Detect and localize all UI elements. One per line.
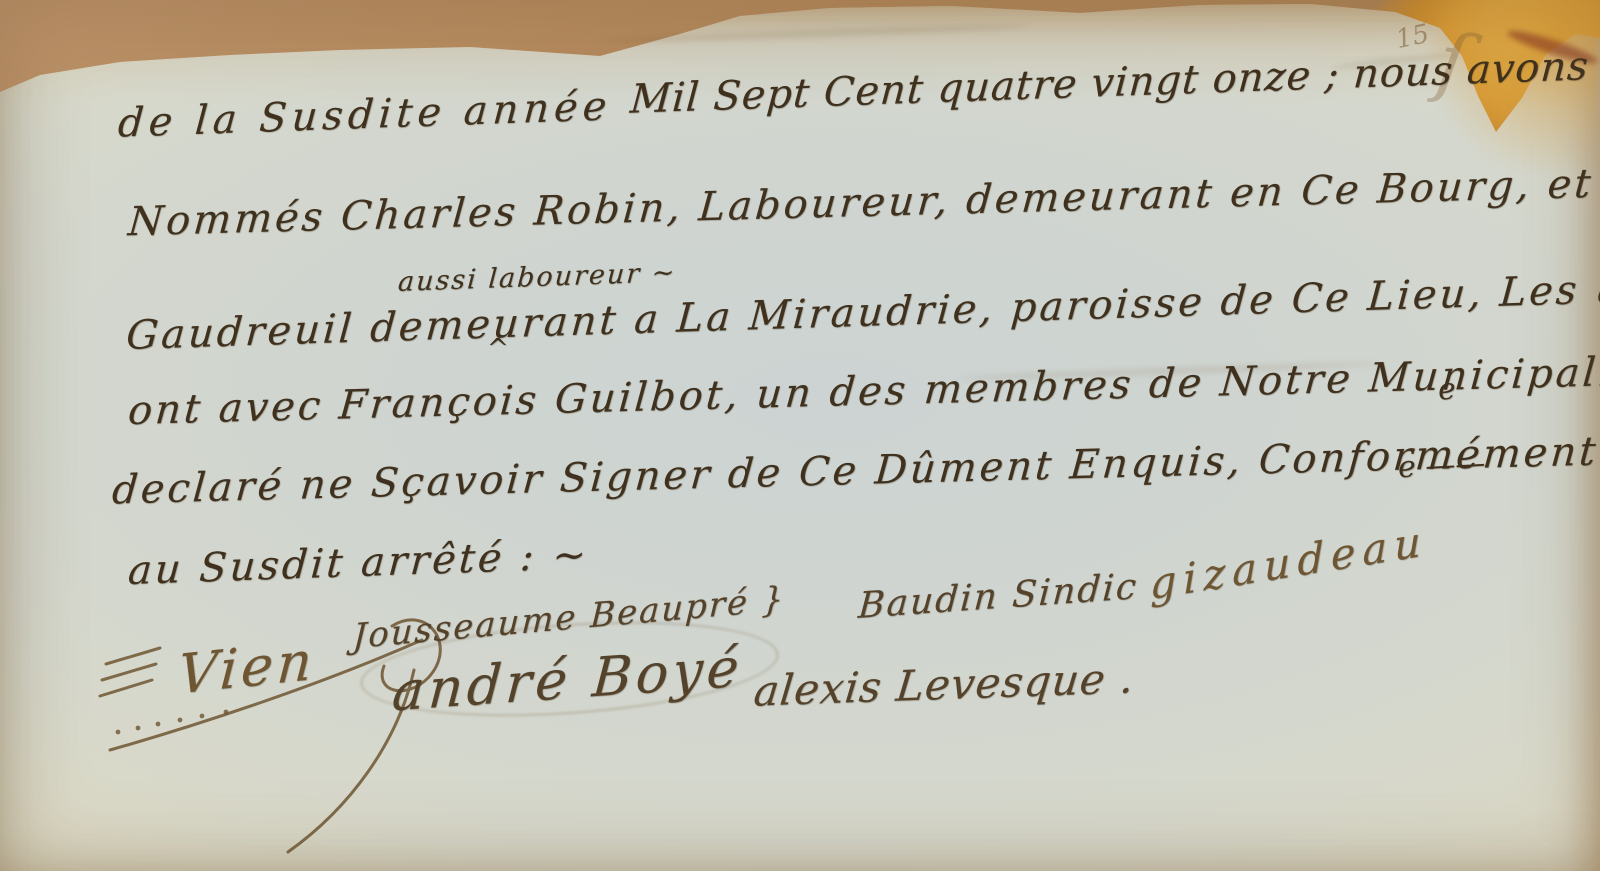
line-5-end-mark: e —— — [1397, 446, 1486, 486]
line-4-end-mark: e — [1437, 372, 1457, 408]
manuscript-photo: 15 ſ de la Susdite année Mil Sept Cent q… — [0, 0, 1600, 871]
